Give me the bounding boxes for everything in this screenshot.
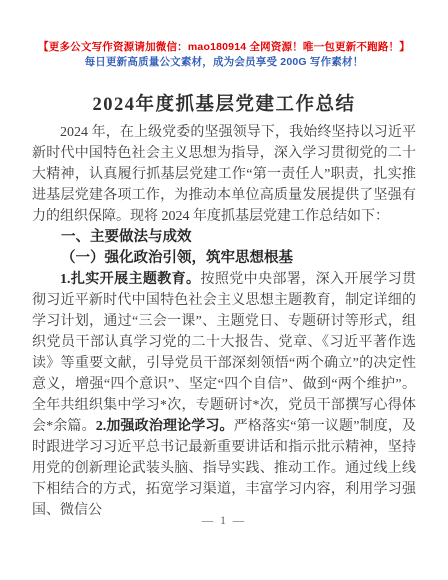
promo-line-1: 【更多公文写作资源请加微信：mao180914 全网资源！唯一包更新不跑路！】 (0, 40, 448, 55)
document-page: 【更多公文写作资源请加微信：mao180914 全网资源！唯一包更新不跑路！】 … (0, 0, 448, 580)
text-run: 1.扎实开展主题教育。 (60, 272, 200, 287)
heading-2: （一）强化政治引领，筑牢思想根基 (32, 248, 416, 269)
paragraph: 1.扎实开展主题教育。按照党中央部署，深入开展学习贯彻习近平新时代中国特色社会主… (32, 269, 416, 521)
promo-line-2: 每日更新高质量公文素材，成为会员享受 200G 写作素材！ (0, 55, 448, 70)
document-body: 2024 年，在上级党委的坚强领导下，我始终坚持以习近平新时代中国特色社会主义思… (32, 122, 416, 521)
paragraph: 2024 年，在上级党委的坚强领导下，我始终坚持以习近平新时代中国特色社会主义思… (32, 122, 416, 227)
heading-1: 一、主要做法与成效 (32, 227, 416, 248)
text-run: 按照党中央部署，深入开展学习贯彻习近平新时代中国特色社会主义思想主题教育，制定详… (32, 272, 416, 434)
text-run: 2024 年，在上级党委的坚强领导下，我始终坚持以习近平新时代中国特色社会主义思… (32, 125, 416, 224)
text-run: 2.加强政治理论学习。 (96, 419, 234, 434)
text-run: 一、主要做法与成效 (61, 229, 192, 245)
page-number: — 1 — (0, 515, 448, 527)
text-run: （一）强化政治引领，筑牢思想根基 (61, 250, 293, 266)
document-title: 2024年度抓基层党建工作总结 (0, 92, 448, 118)
promo-banner: 【更多公文写作资源请加微信：mao180914 全网资源！唯一包更新不跑路！】 … (0, 40, 448, 70)
